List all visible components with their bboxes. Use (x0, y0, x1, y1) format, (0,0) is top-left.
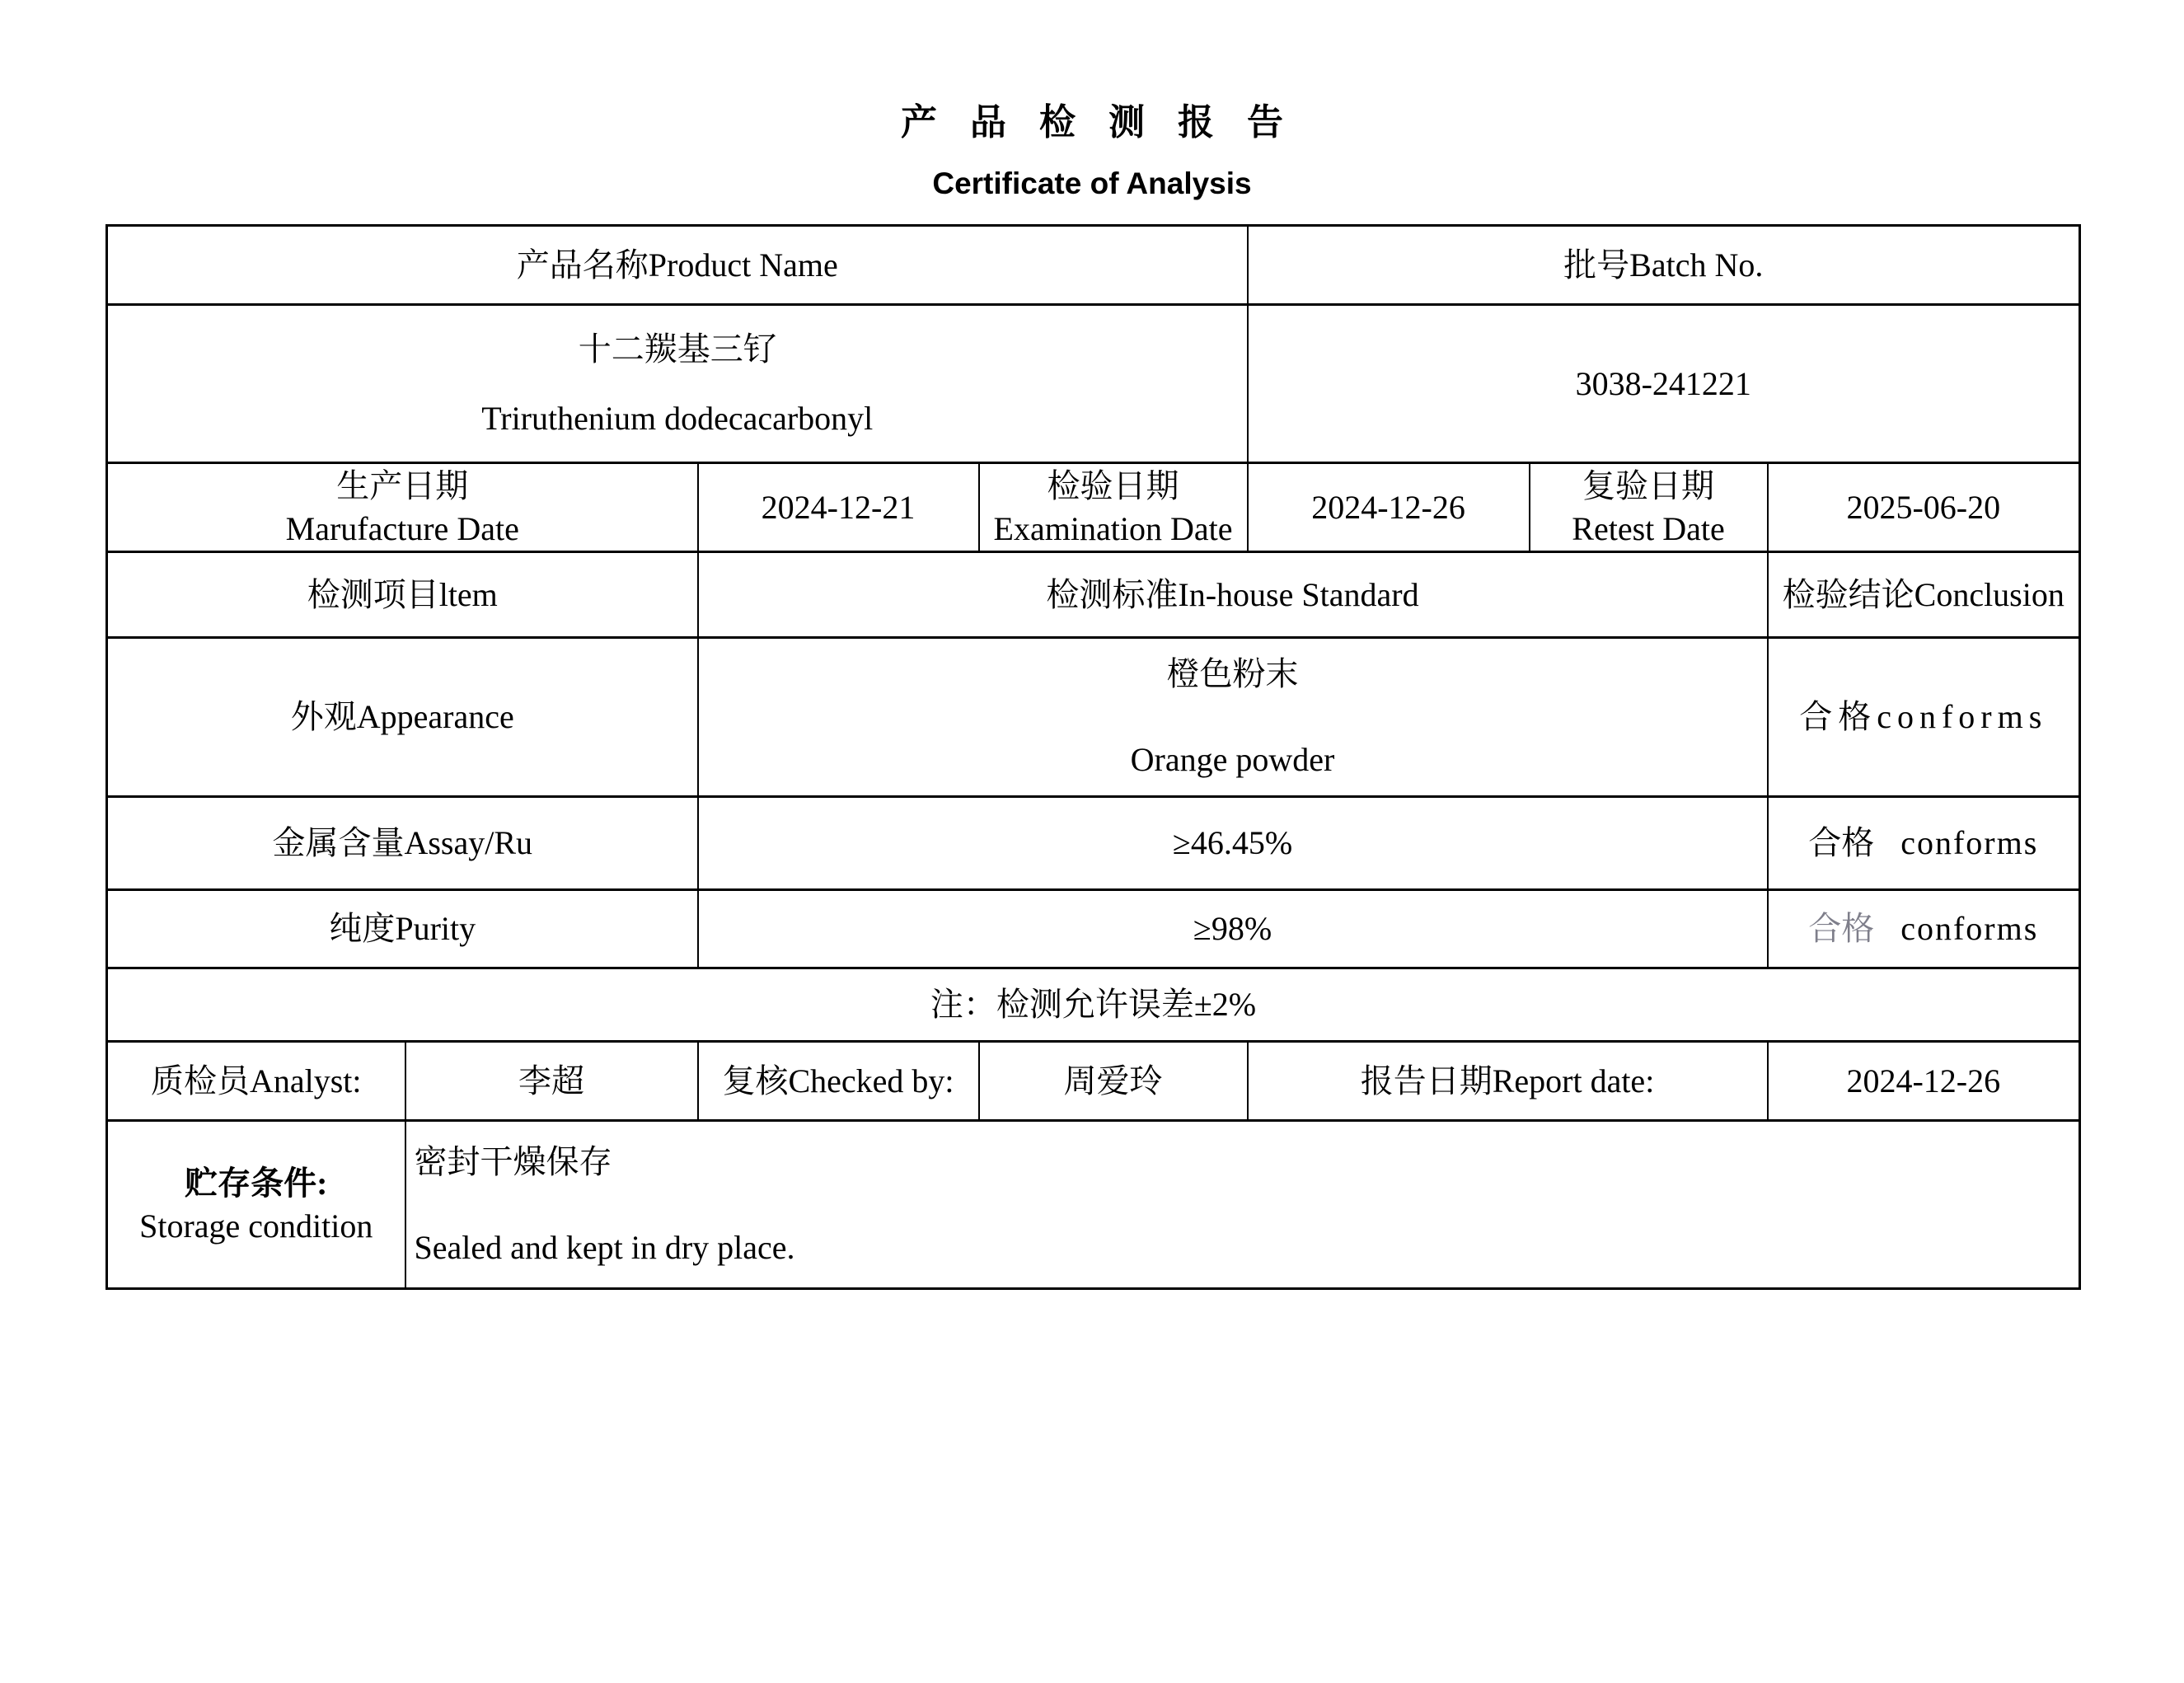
standard-column-header-cell: 检测标准In-house Standard (698, 552, 1768, 638)
checked-by-name-cell: 周爱玲 (979, 1042, 1248, 1121)
item-cell: 金属含量Assay/Ru (107, 797, 698, 890)
conclusion-cell: 合格conforms (1768, 890, 2080, 968)
conclusion-cell: 合格conforms (1768, 638, 2080, 797)
retest-date-label-cell: 复验日期 Retest Date (1530, 463, 1768, 552)
standard-cell: ≥98% (698, 890, 1768, 968)
result-row-purity: 纯度Purity ≥98% 合格conforms (107, 890, 2080, 968)
examination-date-label-en: Examination Date (994, 509, 1233, 549)
conclusion-en: conforms (1900, 910, 2038, 947)
header-row: 产品名称Product Name 批号Batch No. (107, 226, 2080, 305)
product-name-header-cell: 产品名称Product Name (107, 226, 1248, 305)
page-title-english: Certificate of Analysis (0, 166, 2184, 201)
storage-label-cn: 贮存条件: (185, 1164, 327, 1203)
result-row-assay: 金属含量Assay/Ru ≥46.45% 合格conforms (107, 797, 2080, 890)
report-date-label-cell: 报告日期Report date: (1248, 1042, 1768, 1121)
batch-no-header-cell: 批号Batch No. (1248, 226, 2080, 305)
item-cell: 纯度Purity (107, 890, 698, 968)
storage-row: 贮存条件: Storage condition 密封干燥保存 Sealed an… (107, 1121, 2080, 1289)
report-date-value-cell: 2024-12-26 (1768, 1042, 2080, 1121)
retest-date-label-en: Retest Date (1572, 509, 1725, 549)
certificate-table: 产品名称Product Name 批号Batch No. 十二羰基三钌 Trir… (105, 224, 2081, 1290)
product-name-english: Triruthenium dodecacarbonyl (481, 399, 873, 438)
manufacture-date-label-cell: 生产日期 Marufacture Date (107, 463, 698, 552)
conclusion-cell: 合格conforms (1768, 797, 2080, 890)
storage-value-cell: 密封干燥保存 Sealed and kept in dry place. (405, 1121, 2080, 1289)
dates-row: 生产日期 Marufacture Date 2024-12-21 检验日期 Ex… (107, 463, 2080, 552)
note-row: 注：检测允许误差±2% (107, 968, 2080, 1042)
conclusion-en: conforms (1877, 698, 2047, 735)
note-cell: 注：检测允许误差±2% (107, 968, 2080, 1042)
conclusion-cn: 合格 (1808, 910, 1874, 947)
conclusion-column-header-cell: 检验结论Conclusion (1768, 552, 2080, 638)
result-row-appearance: 外观Appearance 橙色粉末 Orange powder 合格confor… (107, 638, 2080, 797)
item-column-header-cell: 检测项目ltem (107, 552, 698, 638)
conclusion-cn: 合格 (1808, 824, 1874, 861)
storage-label-cell: 贮存条件: Storage condition (107, 1121, 405, 1289)
standard-cell: 橙色粉末 Orange powder (698, 638, 1768, 797)
product-row: 十二羰基三钌 Triruthenium dodecacarbonyl 3038-… (107, 305, 2080, 463)
conclusion-en: conforms (1900, 824, 2038, 861)
columns-header-row: 检测项目ltem 检测标准In-house Standard 检验结论Concl… (107, 552, 2080, 638)
page-title-chinese: 产品检测报告 (0, 92, 2184, 145)
analyst-label-cell: 质检员Analyst: (107, 1042, 405, 1121)
examination-date-label-cell: 检验日期 Examination Date (979, 463, 1248, 552)
examination-date-label-cn: 检验日期 (1047, 466, 1179, 506)
retest-date-value-cell: 2025-06-20 (1768, 463, 2080, 552)
standard-value-en: Orange powder (1131, 740, 1335, 780)
analyst-name-cell: 李超 (405, 1042, 698, 1121)
checked-by-label-cell: 复核Checked by: (698, 1042, 979, 1121)
storage-label-en: Storage condition (139, 1207, 373, 1246)
batch-no-value-cell: 3038-241221 (1248, 305, 2080, 463)
manufacture-date-label-en: Marufacture Date (286, 509, 519, 549)
examination-date-value-cell: 2024-12-26 (1248, 463, 1530, 552)
storage-value-en: Sealed and kept in dry place. (415, 1228, 795, 1268)
product-name-cell: 十二羰基三钌 Triruthenium dodecacarbonyl (107, 305, 1248, 463)
signoff-row: 质检员Analyst: 李超 复核Checked by: 周爱玲 报告日期Rep… (107, 1042, 2080, 1121)
standard-cell: ≥46.45% (698, 797, 1768, 890)
certificate-page: 产品检测报告 Certificate of Analysis 产品名称Produ… (0, 0, 2184, 1683)
conclusion-cn: 合格 (1799, 698, 1877, 735)
retest-date-label-cn: 复验日期 (1582, 466, 1714, 506)
product-name-chinese: 十二羰基三钌 (579, 330, 776, 369)
manufacture-date-value-cell: 2024-12-21 (698, 463, 979, 552)
standard-value-cn: 橙色粉末 (1167, 654, 1299, 694)
storage-value-cn: 密封干燥保存 (415, 1142, 612, 1182)
item-cell: 外观Appearance (107, 638, 698, 797)
manufacture-date-label-cn: 生产日期 (336, 466, 468, 506)
